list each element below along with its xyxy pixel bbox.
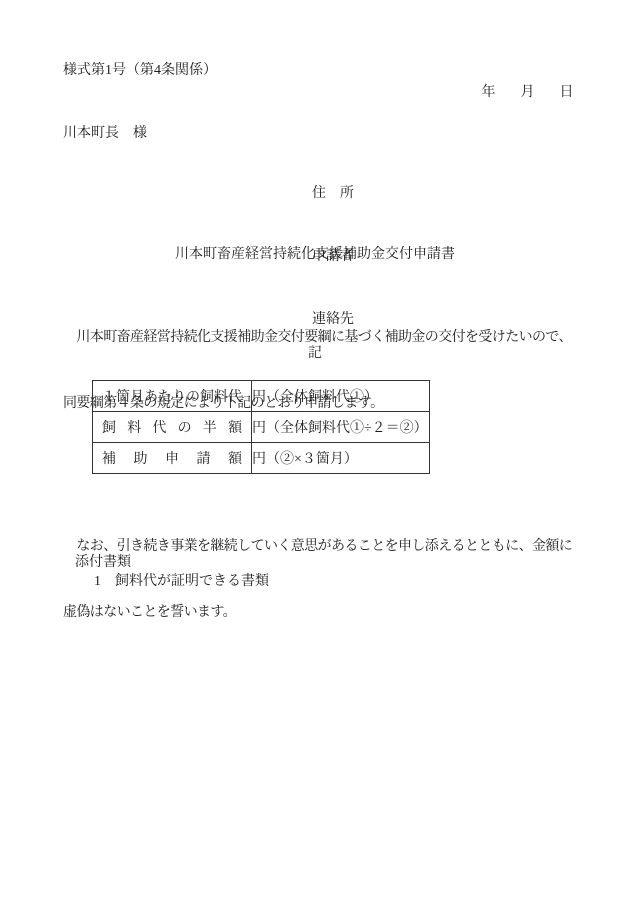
ki-heading: 記 xyxy=(0,346,630,362)
table-row: 補助申請額 円（②×３箇月） xyxy=(93,443,430,474)
row-value-cell: 円（②×３箇月） xyxy=(252,443,430,474)
date-line: 年 月 日 xyxy=(482,85,580,101)
row-label-cell: 飼料代の半額 xyxy=(93,412,252,443)
row-label-cell: １箇月あたりの飼料代 xyxy=(93,381,252,412)
row-label: １箇月あたりの飼料代 xyxy=(102,386,242,406)
attachment-item: 1 飼料代が証明できる書類 xyxy=(94,574,269,590)
row-label-cell: 補助申請額 xyxy=(93,443,252,474)
attachments-heading: 添付書類 xyxy=(75,555,131,571)
closing-paragraph-line: 虚偽はないことを誓います。 xyxy=(63,602,572,624)
document-title: 川本町畜産経営持続化支援補助金交付申請書 xyxy=(0,247,630,263)
closing-paragraph-line: なお、引き続き事業を継続していく意思があることを申し添えるとともに、金額に xyxy=(63,536,572,558)
document-page: 様式第1号（第4条関係） 年 月 日 川本町長 様 住 所 申請者 連絡先 川本… xyxy=(0,0,630,903)
amount-table: １箇月あたりの飼料代 円（全体飼料代①） 飼料代の半額 円（全体飼料代①÷２＝②… xyxy=(92,380,430,474)
row-label: 補助申請額 xyxy=(102,448,242,468)
table-row: １箇月あたりの飼料代 円（全体飼料代①） xyxy=(93,381,430,412)
addressee-line: 川本町長 様 xyxy=(63,126,147,142)
table-row: 飼料代の半額 円（全体飼料代①÷２＝②） xyxy=(93,412,430,443)
address-label: 住 所 xyxy=(312,183,354,204)
form-number: 様式第1号（第4条関係） xyxy=(63,63,217,79)
row-label: 飼料代の半額 xyxy=(102,417,242,437)
row-value-cell: 円（全体飼料代①÷２＝②） xyxy=(252,412,430,443)
row-value-cell: 円（全体飼料代①） xyxy=(252,381,430,412)
